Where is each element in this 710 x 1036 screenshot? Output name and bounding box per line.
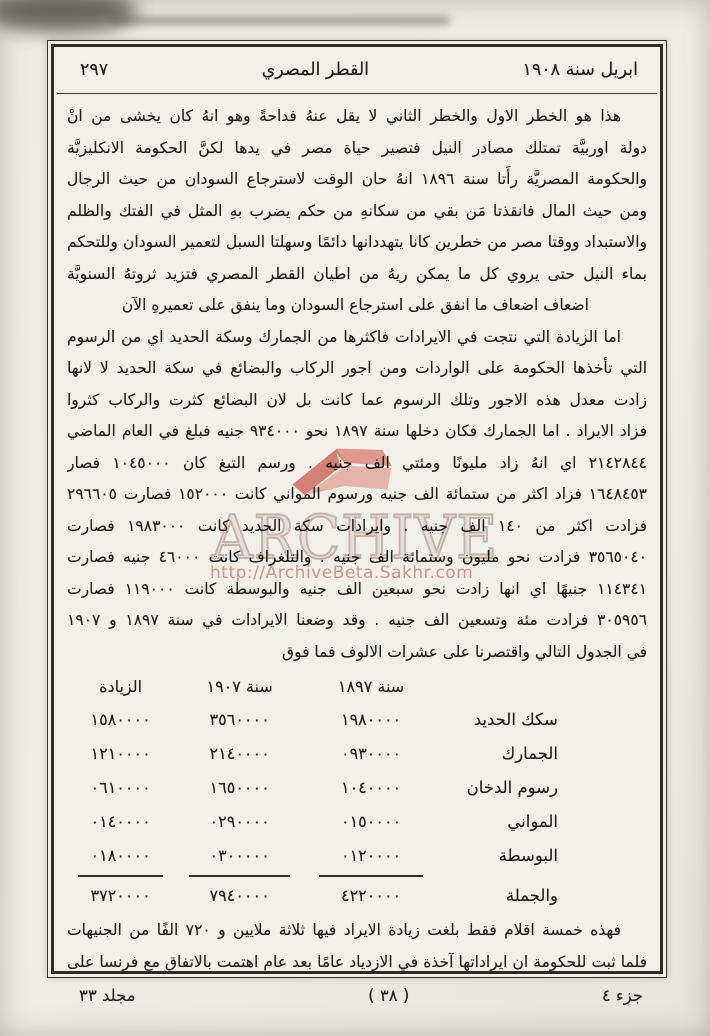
- value-1897: ١٩٨٠٠٠٠: [304, 710, 438, 729]
- total-rule: [78, 875, 163, 880]
- value-increase: ٠٦١٠٠٠٠: [66, 778, 175, 797]
- table-row: الجمارك ٠٩٣٠٠٠٠ ٢١٤٠٠٠٠ ١٢١٠٠٠٠: [66, 736, 562, 770]
- row-label: المواني: [438, 812, 562, 831]
- body-line: والاستبداد ووقتا مصر من خطرين كانا يتهدد…: [67, 227, 647, 259]
- body-line: فزاد الايراد . اما الجمارك فكان دخلها سن…: [67, 416, 647, 448]
- page-header: ابريل سنة ١٩٠٨ القطر المصري ٢٩٧: [54, 47, 660, 93]
- value-1897: ٠١٥٠٠٠٠: [304, 812, 438, 831]
- body-line: في الجدول التالي واقتصرنا على عشرات الال…: [67, 637, 647, 669]
- revenue-table: سنة ١٨٩٧ سنة ١٩٠٧ الزيادة سكك الحديد ١٩٨…: [66, 670, 562, 910]
- value-increase: ١٥٨٠٠٠٠: [66, 710, 175, 729]
- value-1907: ٠٢٩٠٠٠٠: [175, 812, 304, 831]
- total-1907: ٧٩٤٠٠٠٠: [175, 886, 304, 905]
- row-label: الجمارك: [438, 744, 562, 763]
- body-line: زادت معدل هذه الاجور وتلك الرسوم عما كان…: [67, 385, 647, 417]
- table-row: سكك الحديد ١٩٨٠٠٠٠ ٣٥٦٠٠٠٠ ١٥٨٠٠٠٠: [66, 702, 562, 736]
- page-footer: جزء ٤ ( ٣٨ ) مجلد ٣٣: [47, 986, 665, 1005]
- body-line: ١١٤٣٤١ جنيهًا اي انها زادت نحو سبعين الف…: [67, 574, 647, 606]
- scanned-document-page: ابريل سنة ١٩٠٨ القطر المصري ٢٩٧ هذا هو ا…: [0, 0, 710, 1036]
- total-rule: [189, 875, 290, 880]
- footer-part: جزء ٤: [602, 986, 643, 1005]
- body-line: ١٦٤٨٤٥٣ فزاد اكثر من ستمائة الف جنيه ورس…: [67, 479, 647, 511]
- body-line: ٢١٤٢٨٤٤ اي انهُ زاد مليونًا ومئتي الف جن…: [67, 448, 647, 480]
- body-line: اضعاف اضعاف ما انفق على استرجاع السودان …: [67, 290, 647, 322]
- table-total-row: والجملة ٤٢٢٠٠٠٠ ٧٩٤٠٠٠٠ ٣٧٢٠٠٠٠: [66, 880, 562, 910]
- total-1897: ٤٢٢٠٠٠٠: [304, 886, 438, 905]
- value-1897: ٠٩٣٠٠٠٠: [304, 744, 438, 763]
- value-1907: ٣٥٦٠٠٠٠: [175, 710, 304, 729]
- table-header-row: سنة ١٨٩٧ سنة ١٩٠٧ الزيادة: [66, 670, 562, 702]
- footer-page-number: ( ٣٨ ): [368, 986, 409, 1005]
- page-border-frame: ابريل سنة ١٩٠٨ القطر المصري ٢٩٧ هذا هو ا…: [47, 40, 667, 978]
- page-title: القطر المصري: [262, 60, 369, 80]
- value-1897: ١٠٤٠٠٠٠: [304, 778, 438, 797]
- table-total-divider: [66, 872, 562, 880]
- body-line: التي تأخذها الحكومة على الواردات ومن اجو…: [67, 353, 647, 385]
- body-line: والحكومة المصريَّة رأَتا سنة ١٨٩٦ انهُ ح…: [67, 164, 647, 196]
- row-label: رسوم الدخان: [438, 778, 562, 797]
- total-label: والجملة: [438, 886, 562, 905]
- body-line: فلما ثبت للحكومة ان ايراداتها آخذة في ال…: [67, 946, 647, 978]
- body-line: اما الزيادة التي نتجت في الايرادات فاكثر…: [67, 322, 647, 354]
- total-increase: ٣٧٢٠٠٠٠: [66, 886, 175, 905]
- value-increase: ٠١٤٠٠٠٠: [66, 812, 175, 831]
- body-paragraph-1: هذا هو الخطر الاول والخطر الثاني لا يقل …: [54, 94, 660, 322]
- value-increase: ١٢١٠٠٠٠: [66, 744, 175, 763]
- page-number: ٢٩٧: [80, 60, 108, 80]
- value-1907: ١٦٥٠٠٠٠: [175, 778, 304, 797]
- body-line: فزادت اكثر من ١٤٠ الف جنيه . وايرادات سك…: [67, 511, 647, 543]
- row-label: سكك الحديد: [438, 710, 562, 729]
- value-1897: ٠١٢٠٠٠٠: [304, 846, 438, 865]
- page-content-area: ابريل سنة ١٩٠٨ القطر المصري ٢٩٧ هذا هو ا…: [51, 44, 663, 974]
- body-line: دولة اوربيَّة تمتلك مصادر النيل فتصير حي…: [67, 133, 647, 165]
- table-row: المواني ٠١٥٠٠٠٠ ٠٢٩٠٠٠٠ ٠١٤٠٠٠٠: [66, 804, 562, 838]
- table-row: البوسطة ٠١٢٠٠٠٠ ٠٣٠٠٠٠٠ ٠١٨٠٠٠٠: [66, 838, 562, 872]
- value-1907: ٢١٤٠٠٠٠: [175, 744, 304, 763]
- body-line: بماء النيل حتى يروي كل ما يمكن ريهُ من ا…: [67, 259, 647, 291]
- table-header-1897: سنة ١٨٩٧: [304, 677, 438, 696]
- value-increase: ٠١٨٠٠٠٠: [66, 846, 175, 865]
- total-rule: [319, 875, 423, 880]
- header-date: ابريل سنة ١٩٠٨: [522, 60, 638, 80]
- body-line: فهذه خمسة اقلام فقط بلغت زيادة الايراد ف…: [67, 914, 647, 946]
- body-line: ٣٠٥٩٥٦ فزادت مئة وتسعين الف جنيه . وقد و…: [67, 605, 647, 637]
- body-paragraph-2: اما الزيادة التي نتجت في الايرادات فاكثر…: [54, 322, 660, 669]
- body-paragraph-3: فهذه خمسة اقلام فقط بلغت زيادة الايراد ف…: [54, 910, 660, 977]
- footer-volume: مجلد ٣٣: [79, 986, 136, 1005]
- value-1907: ٠٣٠٠٠٠٠: [175, 846, 304, 865]
- body-line: ومن حيث المال فانقذتا مَن بقي من سكانهِ …: [67, 196, 647, 228]
- table-row: رسوم الدخان ١٠٤٠٠٠٠ ١٦٥٠٠٠٠ ٠٦١٠٠٠٠: [66, 770, 562, 804]
- table-header-increase: الزيادة: [66, 677, 175, 696]
- body-line: هذا هو الخطر الاول والخطر الثاني لا يقل …: [67, 101, 647, 133]
- body-line: ٣٥٦٥٠٤٠ فزادت نحو مليون وستمائة الف جنيه…: [67, 542, 647, 574]
- table-header-1907: سنة ١٩٠٧: [175, 677, 304, 696]
- scan-smudge-bar: [110, 16, 450, 25]
- row-label: البوسطة: [438, 846, 562, 865]
